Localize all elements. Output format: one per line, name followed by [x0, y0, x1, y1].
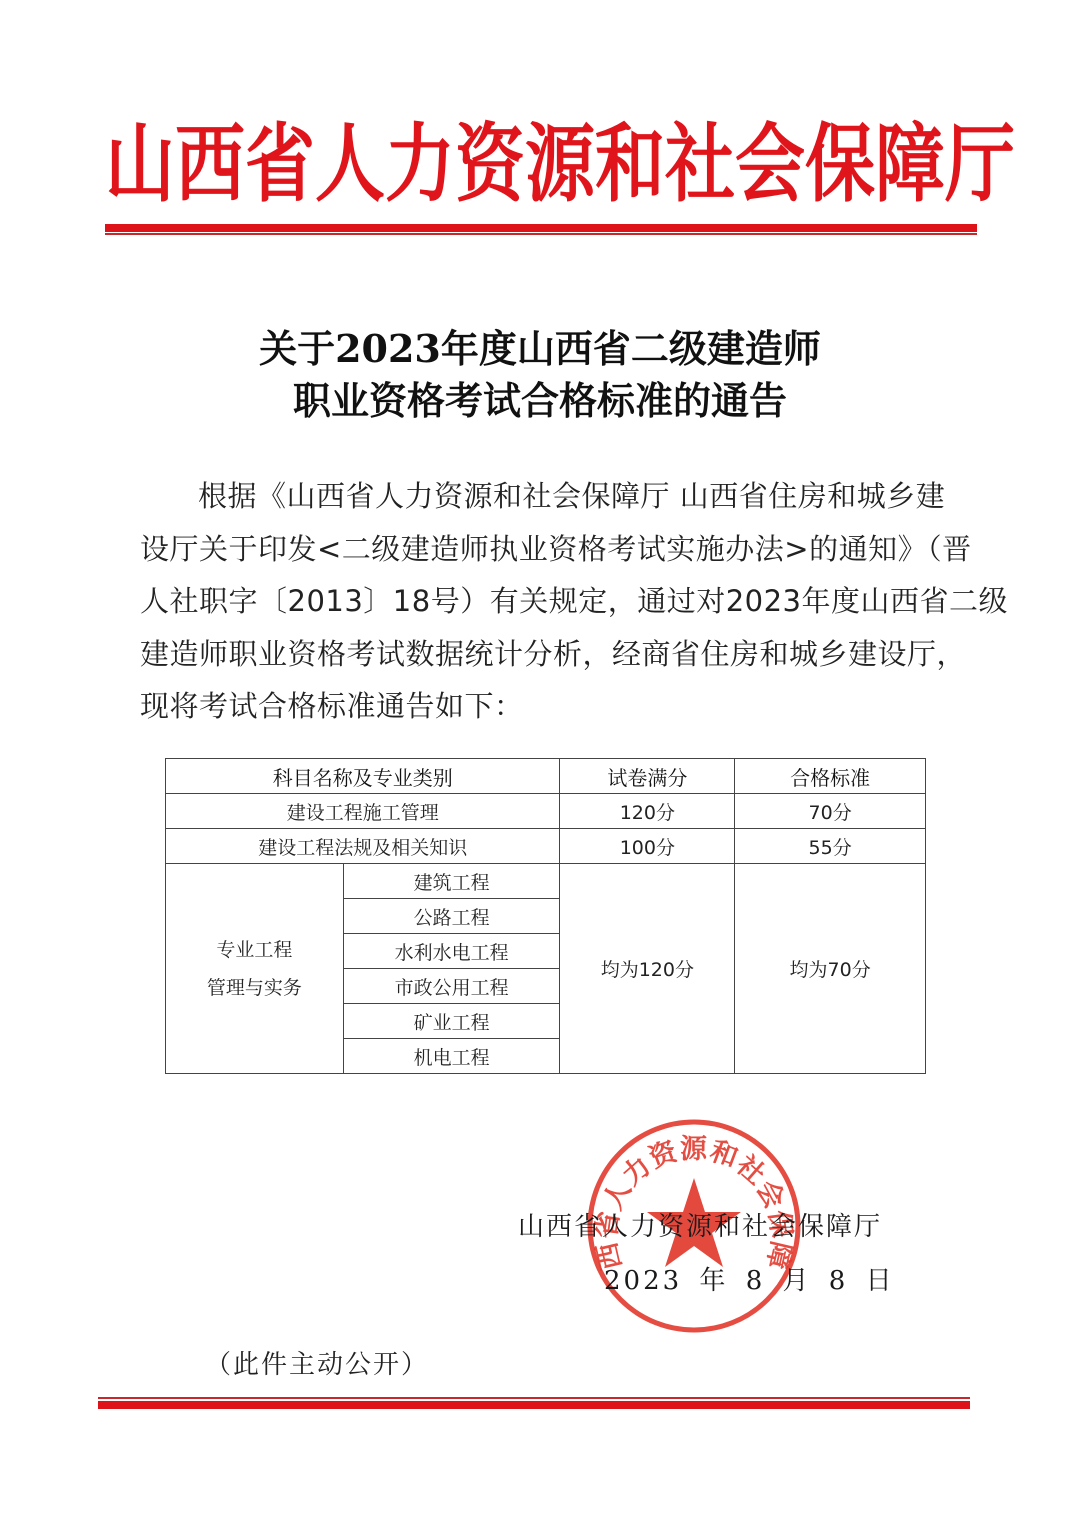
body-line: 根据《山西省人力资源和社会保障厅 山西省住房和城乡建: [140, 470, 945, 523]
header-pass-score: 合格标准: [735, 759, 926, 794]
group-label-line: 管理与实务: [166, 969, 343, 1007]
letterhead-char: 和: [595, 108, 665, 220]
title-line-1: 关于2023年度山西省二级建造师: [140, 323, 940, 375]
group-label-cell: 专业工程 管理与实务: [166, 864, 344, 1074]
full-score-cell: 120分: [560, 794, 735, 829]
passing-standards-table: 科目名称及专业类别 试卷满分 合格标准 建设工程施工管理 120分 70分 建设…: [165, 758, 926, 1074]
letterhead-char: 厅: [945, 108, 1015, 220]
full-score-cell: 均为120分: [560, 864, 735, 1074]
table-header-row: 科目名称及专业类别 试卷满分 合格标准: [166, 759, 926, 794]
letterhead-char: 西: [175, 108, 245, 220]
letterhead-char: 会: [735, 108, 805, 220]
letterhead-org-name: 山 西 省 人 力 资 源 和 社 会 保 障 厅: [105, 118, 977, 210]
letterhead-char: 资: [455, 108, 525, 220]
subject-cell: 建设工程法规及相关知识: [166, 829, 560, 864]
body-line: 现将考试合格标准通告如下：: [140, 680, 945, 733]
body-line: 人社职字〔2013〕18号）有关规定，通过对2023年度山西省二级: [140, 575, 945, 628]
title-line-2: 职业资格考试合格标准的通告: [140, 375, 940, 427]
pass-score-cell: 55分: [735, 829, 926, 864]
table-row: 建设工程施工管理 120分 70分: [166, 794, 926, 829]
table-row: 建设工程法规及相关知识 100分 55分: [166, 829, 926, 864]
letterhead-char: 障: [875, 108, 945, 220]
table-row: 专业工程 管理与实务 建筑工程 均为120分 均为70分: [166, 864, 926, 899]
header-subject: 科目名称及专业类别: [166, 759, 560, 794]
disclosure-note: （此件主动公开）: [205, 1348, 429, 1382]
pass-score-cell: 70分: [735, 794, 926, 829]
specialty-cell: 机电工程: [343, 1039, 560, 1074]
letterhead-char: 人: [315, 108, 385, 220]
specialty-cell: 公路工程: [343, 899, 560, 934]
letterhead-char: 社: [665, 108, 735, 220]
letterhead-char: 山: [105, 108, 175, 220]
document-title: 关于2023年度山西省二级建造师 职业资格考试合格标准的通告: [140, 323, 940, 427]
body-line: 建造师职业资格考试数据统计分析，经商省住房和城乡建设厅，: [140, 628, 945, 681]
subject-cell: 建设工程施工管理: [166, 794, 560, 829]
letterhead-divider: [105, 224, 977, 236]
specialty-cell: 市政公用工程: [343, 969, 560, 1004]
pass-score-cell: 均为70分: [735, 864, 926, 1074]
specialty-cell: 水利水电工程: [343, 934, 560, 969]
specialty-cell: 建筑工程: [343, 864, 560, 899]
letterhead-char: 源: [525, 108, 595, 220]
letterhead-char: 保: [805, 108, 875, 220]
letterhead-char: 省: [245, 108, 315, 220]
body-line: 设厅关于印发<二级建造师执业资格考试实施办法>的通知》（晋: [140, 523, 945, 576]
issuing-organization: 山西省人力资源和社会保障厅: [518, 1210, 898, 1244]
body-paragraph: 根据《山西省人力资源和社会保障厅 山西省住房和城乡建 设厅关于印发<二级建造师执…: [140, 470, 945, 733]
specialty-cell: 矿业工程: [343, 1004, 560, 1039]
footer-divider: [98, 1397, 970, 1410]
group-label-line: 专业工程: [166, 931, 343, 969]
letterhead-char: 力: [385, 108, 455, 220]
full-score-cell: 100分: [560, 829, 735, 864]
issue-date: 2023 年 8 月 8 日: [604, 1264, 895, 1298]
header-full-score: 试卷满分: [560, 759, 735, 794]
